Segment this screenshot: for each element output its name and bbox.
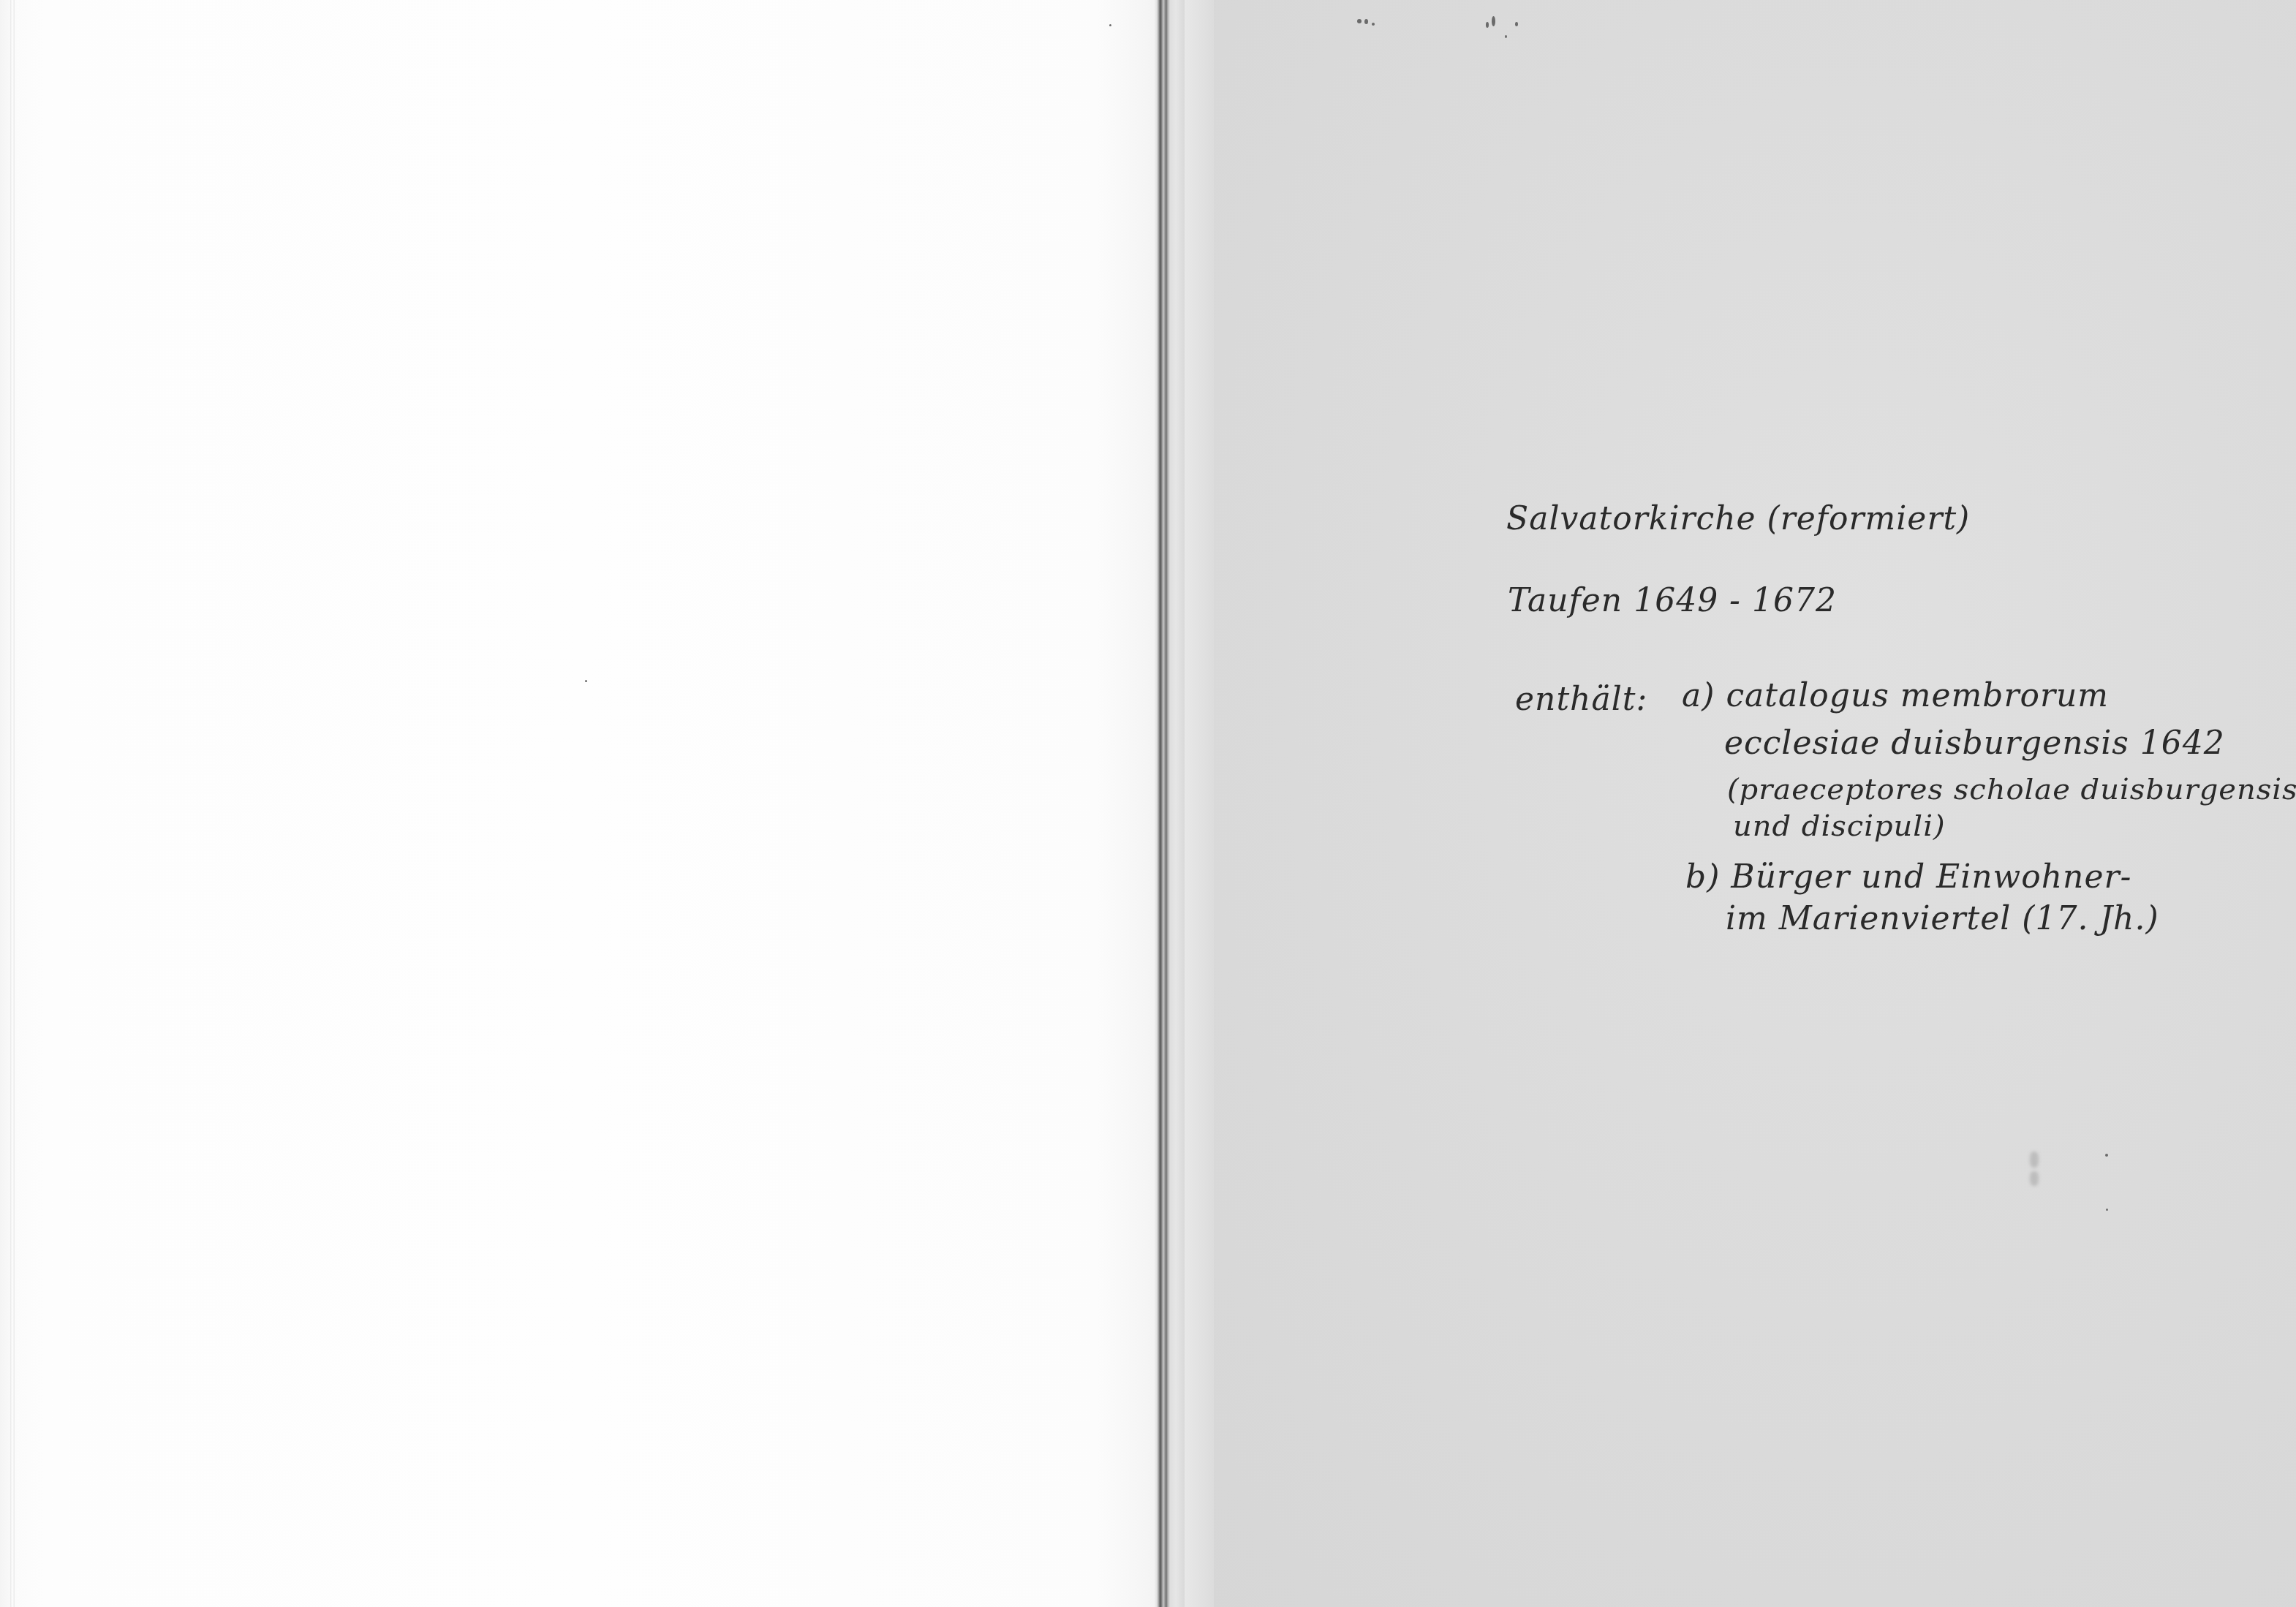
handwritten-item-a-line: a) catalogus membrorum (1682, 680, 2109, 712)
handwritten-title: Salvatorkirche (reformiert) (1506, 503, 1970, 535)
handwritten-contents-label: enthält: (1515, 684, 1647, 716)
left-page-blank (0, 0, 1154, 1607)
document-spread: Salvatorkirche (reformiert) Taufen 1649 … (0, 0, 2296, 1607)
handwritten-item-a-line: (praeceptores scholae duisburgensis (1727, 775, 2296, 804)
book-spine (1154, 0, 1185, 1607)
handwritten-baptism-dates: Taufen 1649 - 1672 (1508, 585, 1837, 617)
handwritten-item-b-line: b) Bürger und Einwohner- (1685, 861, 2131, 893)
handwritten-item-b-line: im Marienviertel (17. Jh.) (1726, 903, 2159, 935)
handwritten-item-a-line: ecclesiae duisburgensis 1642 (1724, 727, 2225, 760)
handwritten-item-a-line: und discipuli) (1733, 812, 1946, 841)
